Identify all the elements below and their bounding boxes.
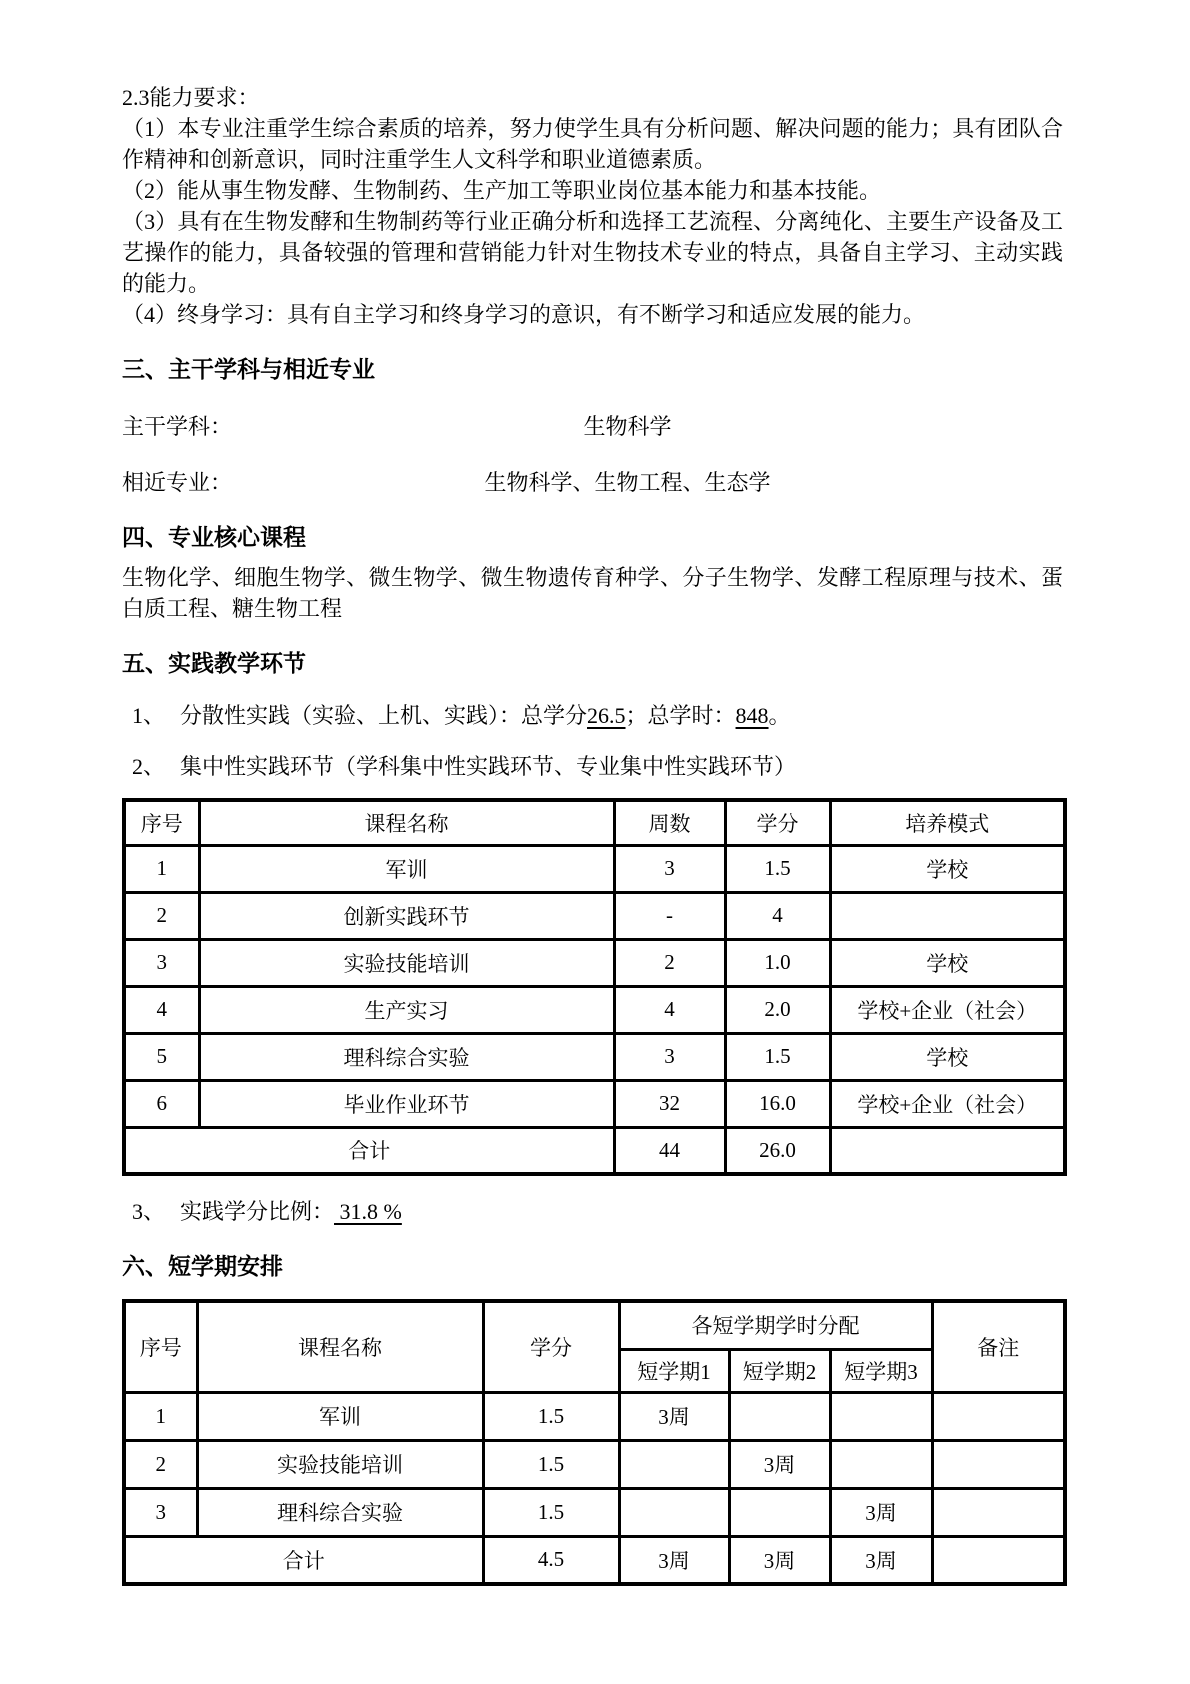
cell-note <box>932 1488 1065 1536</box>
cell-sem1 <box>619 1440 729 1488</box>
practice-item-3-ratio-underlined: 31.8 % <box>334 1199 402 1224</box>
practice-item-1-text: 分散性实践（实验、上机、实践）：总学分 <box>180 703 587 728</box>
cell-sem3: 3周 <box>830 1488 932 1536</box>
header-seq: 序号 <box>124 1301 197 1392</box>
practice-item-2-number: 2、 <box>132 751 180 782</box>
capability-item-1: （1）本专业注重学生综合素质的培养，努力使学生具有分析问题、解决问题的能力；具有… <box>122 113 1063 175</box>
total-note <box>932 1536 1065 1584</box>
section-heading-short-semester: 六、短学期安排 <box>122 1251 1063 1283</box>
total-sem1: 3周 <box>619 1536 729 1584</box>
capability-section-title: 2.3能力要求： <box>122 82 1063 113</box>
total-weeks: 44 <box>614 1127 725 1174</box>
cell-weeks: 4 <box>614 986 725 1033</box>
cell-mode: 学校 <box>830 939 1065 986</box>
cell-course: 毕业作业环节 <box>199 1080 614 1127</box>
header-credits: 学分 <box>725 800 830 845</box>
total-sem2: 3周 <box>729 1536 830 1584</box>
cell-course: 创新实践环节 <box>199 892 614 939</box>
section-heading-main-disciplines: 三、主干学科与相近专业 <box>122 354 1063 386</box>
cell-credits: 2.0 <box>725 986 830 1033</box>
cell-course: 生产实习 <box>199 986 614 1033</box>
cell-weeks: - <box>614 892 725 939</box>
header-semester-hours-group: 各短学期学时分配 <box>619 1301 932 1349</box>
cell-seq: 3 <box>124 939 199 986</box>
cell-seq: 3 <box>124 1488 197 1536</box>
total-credits: 26.0 <box>725 1127 830 1174</box>
header-note: 备注 <box>932 1301 1065 1392</box>
cell-course: 军训 <box>197 1392 483 1440</box>
header-short-semester-1: 短学期1 <box>619 1349 729 1392</box>
cell-seq: 2 <box>124 892 199 939</box>
cell-course: 实验技能培训 <box>199 939 614 986</box>
cell-weeks: 3 <box>614 845 725 892</box>
cell-course: 军训 <box>199 845 614 892</box>
table-row: 5 理科综合实验 3 1.5 学校 <box>124 1033 1065 1080</box>
practice-item-3-number: 3、 <box>132 1196 180 1227</box>
section-heading-practice-teaching: 五、实践教学环节 <box>122 648 1063 680</box>
header-weeks: 周数 <box>614 800 725 845</box>
table-row: 3 理科综合实验 1.5 3周 <box>124 1488 1065 1536</box>
capability-item-2: （2）能从事生物发酵、生物制药、生产加工等职业岗位基本能力和基本技能。 <box>122 175 1063 206</box>
capability-item-3: （3）具有在生物发酵和生物制药等行业正确分析和选择工艺流程、分离纯化、主要生产设… <box>122 206 1063 299</box>
table-row: 1 军训 3 1.5 学校 <box>124 845 1065 892</box>
cell-sem1: 3周 <box>619 1392 729 1440</box>
cell-credits: 16.0 <box>725 1080 830 1127</box>
cell-seq: 1 <box>124 1392 197 1440</box>
concentrated-practice-table: 序号 课程名称 周数 学分 培养模式 1 军训 3 1.5 学校 2 创新实践环… <box>122 798 1067 1176</box>
cell-sem2: 3周 <box>729 1440 830 1488</box>
header-seq: 序号 <box>124 800 199 845</box>
cell-mode: 学校 <box>830 1033 1065 1080</box>
cell-credits: 1.0 <box>725 939 830 986</box>
cell-weeks: 32 <box>614 1080 725 1127</box>
cell-weeks: 3 <box>614 1033 725 1080</box>
cell-credits: 1.5 <box>483 1392 619 1440</box>
capability-item-4: （4）终身学习：具有自主学习和终身学习的意识，有不断学习和适应发展的能力。 <box>122 299 1063 330</box>
cell-seq: 2 <box>124 1440 197 1488</box>
cell-seq: 6 <box>124 1080 199 1127</box>
practice-item-2: 2、集中性实践环节（学科集中性实践环节、专业集中性实践环节） <box>122 751 1063 782</box>
cell-credits: 4 <box>725 892 830 939</box>
related-majors-value: 生物科学、生物工程、生态学 <box>122 468 1063 498</box>
cell-sem3 <box>830 1392 932 1440</box>
cell-mode: 学校+企业（社会） <box>830 1080 1065 1127</box>
cell-credits: 1.5 <box>725 1033 830 1080</box>
cell-seq: 1 <box>124 845 199 892</box>
cell-course: 理科综合实验 <box>199 1033 614 1080</box>
practice-item-1: 1、分散性实践（实验、上机、实践）：总学分26.5；总学时：848。 <box>122 700 1063 731</box>
header-training-mode: 培养模式 <box>830 800 1065 845</box>
cell-note <box>932 1392 1065 1440</box>
header-credits: 学分 <box>483 1301 619 1392</box>
table-total-row: 合计 44 26.0 <box>124 1127 1065 1174</box>
cell-weeks: 2 <box>614 939 725 986</box>
cell-sem2 <box>729 1488 830 1536</box>
table-header-row: 序号 课程名称 学分 各短学期学时分配 备注 <box>124 1301 1065 1349</box>
document-page: 2.3能力要求： （1）本专业注重学生综合素质的培养，努力使学生具有分析问题、解… <box>0 0 1190 1684</box>
total-label: 合计 <box>124 1127 614 1174</box>
main-discipline-row: 主干学科： 生物科学 <box>122 412 1063 442</box>
cell-seq: 5 <box>124 1033 199 1080</box>
total-label: 合计 <box>124 1536 483 1584</box>
header-short-semester-2: 短学期2 <box>729 1349 830 1392</box>
core-courses-list: 生物化学、细胞生物学、微生物学、微生物遗传育种学、分子生物学、发酵工程原理与技术… <box>122 562 1063 624</box>
header-course-name: 课程名称 <box>197 1301 483 1392</box>
total-sem3: 3周 <box>830 1536 932 1584</box>
table-row: 6 毕业作业环节 32 16.0 学校+企业（社会） <box>124 1080 1065 1127</box>
practice-item-3-text: 实践学分比例： <box>180 1199 334 1224</box>
table-row: 2 实验技能培训 1.5 3周 <box>124 1440 1065 1488</box>
short-semester-table: 序号 课程名称 学分 各短学期学时分配 备注 短学期1 短学期2 短学期3 1 … <box>122 1299 1067 1586</box>
cell-sem1 <box>619 1488 729 1536</box>
cell-mode <box>830 892 1065 939</box>
practice-item-2-text: 集中性实践环节（学科集中性实践环节、专业集中性实践环节） <box>180 754 796 779</box>
cell-seq: 4 <box>124 986 199 1033</box>
cell-credits: 1.5 <box>483 1440 619 1488</box>
header-course-name: 课程名称 <box>199 800 614 845</box>
cell-course: 理科综合实验 <box>197 1488 483 1536</box>
cell-course: 实验技能培训 <box>197 1440 483 1488</box>
practice-item-1-number: 1、 <box>132 700 180 731</box>
table-total-row: 合计 4.5 3周 3周 3周 <box>124 1536 1065 1584</box>
cell-credits: 1.5 <box>725 845 830 892</box>
related-majors-row: 相近专业： 生物科学、生物工程、生态学 <box>122 468 1063 498</box>
table-row: 1 军训 1.5 3周 <box>124 1392 1065 1440</box>
practice-item-1-text-mid: ；总学时： <box>626 703 736 728</box>
practice-item-1-text-end: 。 <box>769 703 791 728</box>
cell-mode: 学校 <box>830 845 1065 892</box>
table-row: 2 创新实践环节 - 4 <box>124 892 1065 939</box>
table-header-row: 序号 课程名称 周数 学分 培养模式 <box>124 800 1065 845</box>
practice-item-1-hours-underlined: 848 <box>736 703 769 728</box>
total-mode <box>830 1127 1065 1174</box>
total-credits: 4.5 <box>483 1536 619 1584</box>
main-discipline-value: 生物科学 <box>122 412 1063 442</box>
section-heading-core-courses: 四、专业核心课程 <box>122 522 1063 554</box>
cell-sem2 <box>729 1392 830 1440</box>
cell-credits: 1.5 <box>483 1488 619 1536</box>
cell-mode: 学校+企业（社会） <box>830 986 1065 1033</box>
cell-sem3 <box>830 1440 932 1488</box>
practice-item-1-credits-underlined: 26.5 <box>587 703 626 728</box>
header-short-semester-3: 短学期3 <box>830 1349 932 1392</box>
table-row: 3 实验技能培训 2 1.0 学校 <box>124 939 1065 986</box>
cell-note <box>932 1440 1065 1488</box>
table-row: 4 生产实习 4 2.0 学校+企业（社会） <box>124 986 1065 1033</box>
practice-item-3: 3、实践学分比例： 31.8 % <box>122 1196 1063 1227</box>
